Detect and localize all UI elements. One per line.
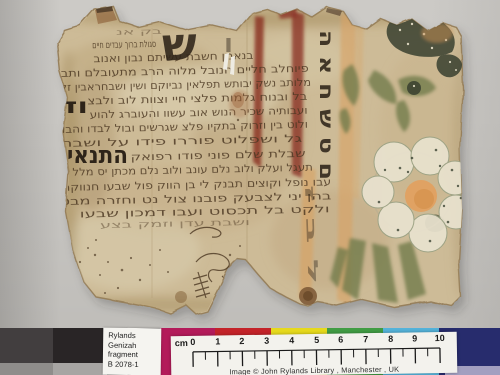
ruler-number: 2 [234,336,250,346]
photo-stage: בק אנ סגולת ברוך עבדים חיים בנאמן חשבת ע… [0,0,500,375]
large-letter: ש [161,16,198,71]
ruler-number: 6 [333,334,349,344]
script-line: סגולת ברוך עבדים חיים [92,39,156,51]
vertical-letters: ם ט ש ח א ה [315,30,337,180]
script-line: בק אנ [116,27,163,37]
manuscript-fragment: בק אנ סגולת ברוך עבדים חיים בנאמן חשבת ע… [0,0,500,375]
patch-second-row-gray1 [0,363,53,375]
shelfmark-label: Rylands Genizah fragment B 2078-1 [103,328,162,375]
patch-second-row-gray2 [53,363,107,375]
label-line: Rylands [108,331,161,341]
ruler-number: 9 [407,333,423,343]
margin-word: ודי [50,94,88,118]
ruler-number: 10 [432,333,448,343]
ruler-number: 4 [284,335,300,345]
ruler-number: 3 [259,336,275,346]
ruler-number: 7 [358,334,374,344]
label-line: B 2078-1 [108,359,161,369]
display-word: התנאים [52,141,128,169]
ruler-number: 1 [210,336,226,346]
ruler-number: 5 [309,335,325,345]
label-line: fragment [108,350,161,360]
ruler-number: 8 [383,334,399,344]
ruler-number: 0 [185,337,201,347]
ruler-card: cm 0 1 2 3 4 5 6 7 8 9 10 Image © John R… [171,332,458,375]
